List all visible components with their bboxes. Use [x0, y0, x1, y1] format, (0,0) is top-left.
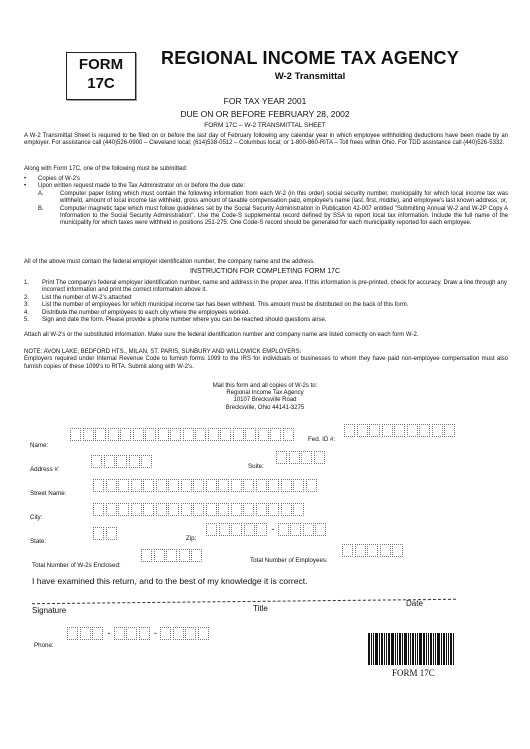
char-box[interactable]: [156, 503, 167, 516]
title-label: Title: [253, 604, 268, 613]
submission-options: •Copies of W-2's •Upon written request m…: [24, 176, 508, 228]
char-box[interactable]: [141, 549, 152, 562]
bullet-copies: Copies of W-2's: [38, 176, 508, 183]
address-label: Address #:: [30, 466, 60, 473]
char-box[interactable]: [168, 479, 179, 492]
along-with-text: Along with Form 17C, one of the followin…: [24, 166, 508, 173]
barcode-icon: [368, 633, 464, 665]
char-box[interactable]: [206, 479, 217, 492]
phone-area-code[interactable]: [67, 627, 105, 640]
instruction-step: 2.List the number of W-2's attached: [24, 295, 508, 302]
city-field[interactable]: [93, 503, 306, 516]
name-field[interactable]: [70, 428, 295, 441]
char-box[interactable]: [270, 428, 281, 441]
char-box[interactable]: [407, 424, 418, 437]
step-number: 1.: [24, 280, 42, 295]
char-box[interactable]: [233, 428, 244, 441]
signature-line[interactable]: [32, 599, 456, 604]
mail-line2: Regional Income Tax Agency: [0, 390, 530, 397]
option-a-mark: A.: [38, 191, 60, 206]
char-box[interactable]: [118, 479, 129, 492]
char-box[interactable]: [191, 549, 202, 562]
char-box[interactable]: [219, 523, 230, 536]
char-box[interactable]: [131, 503, 142, 516]
char-box[interactable]: [218, 479, 229, 492]
char-box[interactable]: [268, 503, 279, 516]
fed-id-field[interactable]: [344, 424, 457, 437]
step-text: Distribute the number of employees to ea…: [42, 310, 250, 317]
all-above-text: All of the above must contain the federa…: [24, 259, 508, 266]
char-box[interactable]: [193, 479, 204, 492]
char-box[interactable]: [92, 627, 103, 640]
char-box[interactable]: [91, 455, 102, 468]
phone-separator: -: [154, 627, 157, 640]
form-box-line2: 17C: [67, 74, 135, 93]
char-box[interactable]: [243, 503, 254, 516]
option-a-text: Computer paper listing which must contai…: [60, 191, 508, 206]
zip-separator: -: [272, 523, 275, 536]
char-box[interactable]: [83, 428, 94, 441]
char-box[interactable]: [367, 544, 378, 557]
char-box[interactable]: [208, 428, 219, 441]
char-box[interactable]: [315, 523, 326, 536]
char-box[interactable]: [185, 627, 196, 640]
char-box[interactable]: [276, 451, 287, 464]
w2-count-label: Total Number of W-2s Enclosed:: [32, 562, 121, 569]
char-box[interactable]: [380, 544, 391, 557]
due-date: DUE ON OR BEFORE FEBRUARY 28, 2002: [0, 109, 530, 119]
agency-title: REGIONAL INCOME TAX AGENCY: [160, 48, 460, 69]
char-box[interactable]: [183, 428, 194, 441]
char-box[interactable]: [139, 627, 150, 640]
bullet-icon: •: [24, 176, 38, 183]
intro-paragraph: A W-2 Transmittal Sheet is required to b…: [24, 133, 508, 148]
zip-field[interactable]: -: [206, 523, 328, 536]
char-box[interactable]: [293, 479, 304, 492]
step-number: 3.: [24, 302, 42, 309]
city-label: City:: [30, 514, 42, 521]
char-box[interactable]: [357, 424, 368, 437]
char-box[interactable]: [141, 455, 152, 468]
street-label: Street Name:: [30, 490, 66, 497]
char-box[interactable]: [143, 503, 154, 516]
char-box[interactable]: [93, 527, 104, 540]
address-number-field[interactable]: [91, 455, 154, 468]
char-box[interactable]: [143, 479, 154, 492]
char-box[interactable]: [181, 479, 192, 492]
char-box[interactable]: [133, 428, 144, 441]
char-box[interactable]: [126, 627, 137, 640]
char-box[interactable]: [206, 523, 217, 536]
char-box[interactable]: [293, 503, 304, 516]
char-box[interactable]: [290, 523, 301, 536]
char-box[interactable]: [166, 549, 177, 562]
step-number: 2.: [24, 295, 42, 302]
char-box[interactable]: [193, 503, 204, 516]
char-box[interactable]: [281, 503, 292, 516]
char-box[interactable]: [129, 455, 140, 468]
char-box[interactable]: [93, 479, 104, 492]
option-b-mark: B.: [38, 206, 60, 228]
char-box[interactable]: [355, 544, 366, 557]
char-box[interactable]: [231, 479, 242, 492]
char-box[interactable]: [369, 424, 380, 437]
step-text: Sign and date the form. Please provide a…: [42, 317, 327, 324]
char-box[interactable]: [160, 627, 171, 640]
char-box[interactable]: [231, 503, 242, 516]
char-box[interactable]: [195, 428, 206, 441]
char-box[interactable]: [116, 455, 127, 468]
certification-statement: I have examined this return, and to the …: [32, 576, 307, 586]
char-box[interactable]: [104, 455, 115, 468]
sheet-title: FORM 17C – W-2 TRANSMITTAL SHEET: [0, 122, 530, 129]
char-box[interactable]: [382, 424, 393, 437]
note-line2: Employers required under Internal Revenu…: [24, 356, 508, 371]
step-text: Print The company's federal employer ide…: [42, 280, 508, 295]
instruction-steps: 1.Print The company's federal employer i…: [24, 280, 508, 324]
employees-field[interactable]: [342, 544, 405, 557]
char-box[interactable]: [220, 428, 231, 441]
char-box[interactable]: [179, 549, 190, 562]
char-box[interactable]: [106, 503, 117, 516]
char-box[interactable]: [108, 428, 119, 441]
char-box[interactable]: [80, 627, 91, 640]
char-box[interactable]: [314, 451, 325, 464]
char-box[interactable]: [106, 479, 117, 492]
date-label: Date: [406, 599, 423, 608]
street-name-field[interactable]: [93, 479, 318, 492]
suite-field[interactable]: [276, 451, 326, 464]
fed-id-label: Fed. ID #:: [308, 436, 335, 443]
mail-line3: 10107 Brecksville Road: [0, 397, 530, 404]
barcode-caption: FORM 17C: [392, 668, 435, 678]
char-box[interactable]: [342, 544, 353, 557]
char-box[interactable]: [283, 428, 294, 441]
char-box[interactable]: [93, 503, 104, 516]
state-field[interactable]: [93, 527, 118, 540]
tax-year: FOR TAX YEAR 2001: [0, 96, 530, 106]
form-number-box: FORM 17C: [66, 52, 136, 100]
step-number: 5.: [24, 317, 42, 324]
phone-field[interactable]: - -: [67, 627, 210, 640]
char-box[interactable]: [170, 428, 181, 441]
char-box[interactable]: [394, 424, 405, 437]
char-box[interactable]: [432, 424, 443, 437]
char-box[interactable]: [256, 503, 267, 516]
char-box[interactable]: [95, 428, 106, 441]
mail-line1: Mail this form and all copies of W-2s to…: [0, 383, 530, 390]
mail-line4: Brecksville, Ohio 44141-3275: [0, 405, 530, 412]
phone-line-number[interactable]: [160, 627, 210, 640]
employees-label: Total Number of Employees:: [250, 557, 328, 564]
step-number: 4.: [24, 310, 42, 317]
zip-last4[interactable]: [278, 523, 328, 536]
char-box[interactable]: [168, 503, 179, 516]
char-box[interactable]: [306, 479, 317, 492]
char-box[interactable]: [198, 627, 209, 640]
char-box[interactable]: [231, 523, 242, 536]
form-box-line1: FORM: [67, 55, 135, 74]
char-box[interactable]: [106, 527, 117, 540]
char-box[interactable]: [289, 451, 300, 464]
instructions-title: INSTRUCTION FOR COMPLETING FORM 17C: [0, 268, 530, 275]
char-box[interactable]: [181, 503, 192, 516]
step-text: List the number of employees for which m…: [42, 302, 408, 309]
char-box[interactable]: [392, 544, 403, 557]
char-box[interactable]: [303, 523, 314, 536]
char-box[interactable]: [206, 503, 217, 516]
char-box[interactable]: [268, 479, 279, 492]
suite-label: Suite:: [248, 463, 264, 470]
char-box[interactable]: [258, 428, 269, 441]
w2-count-field[interactable]: [141, 549, 204, 562]
note-text: NOTE: AVON LAKE, BEDFORD HTS., MILAN, ST…: [24, 349, 508, 371]
phone-separator: -: [108, 627, 111, 640]
char-box[interactable]: [444, 424, 455, 437]
state-label: State:: [30, 538, 46, 545]
name-label: Name:: [30, 442, 48, 449]
char-box[interactable]: [256, 523, 267, 536]
char-box[interactable]: [244, 523, 255, 536]
zip-label: Zip:: [186, 535, 196, 542]
char-box[interactable]: [154, 549, 165, 562]
char-box[interactable]: [158, 428, 169, 441]
instruction-step: 4.Distribute the number of employees to …: [24, 310, 508, 317]
char-box[interactable]: [118, 503, 129, 516]
phone-prefix[interactable]: [114, 627, 152, 640]
char-box[interactable]: [419, 424, 430, 437]
char-box[interactable]: [344, 424, 355, 437]
char-box[interactable]: [301, 451, 312, 464]
attach-text: Attach all W-2's or the substituted info…: [24, 332, 508, 339]
char-box[interactable]: [281, 479, 292, 492]
instruction-step: 5.Sign and date the form. Please provide…: [24, 317, 508, 324]
note-line1: NOTE: AVON LAKE, BEDFORD HTS., MILAN, ST…: [24, 349, 508, 356]
char-box[interactable]: [278, 523, 289, 536]
char-box[interactable]: [70, 428, 81, 441]
form-subtitle: W-2 Transmittal: [160, 71, 460, 82]
option-b-text: Computer magnetic tape which must follow…: [60, 206, 508, 228]
char-box[interactable]: [67, 627, 78, 640]
bullet-written-request: Upon written request made to the Tax Adm…: [38, 183, 508, 190]
char-box[interactable]: [245, 428, 256, 441]
char-box[interactable]: [145, 428, 156, 441]
phone-label: Phone:: [34, 642, 54, 649]
char-box[interactable]: [131, 479, 142, 492]
instruction-step: 1.Print The company's federal employer i…: [24, 280, 508, 295]
instruction-step: 3.List the number of employees for which…: [24, 302, 508, 309]
step-text: List the number of W-2's attached: [42, 295, 131, 302]
char-box[interactable]: [256, 479, 267, 492]
mailing-address: Mail this form and all copies of W-2s to…: [0, 383, 530, 412]
char-box[interactable]: [243, 479, 254, 492]
char-box[interactable]: [218, 503, 229, 516]
char-box[interactable]: [114, 627, 125, 640]
signature-label: Signature: [32, 606, 66, 615]
char-box[interactable]: [156, 479, 167, 492]
bullet-icon: •: [24, 183, 38, 190]
char-box[interactable]: [173, 627, 184, 640]
char-box[interactable]: [120, 428, 131, 441]
zip-first5[interactable]: [206, 523, 269, 536]
